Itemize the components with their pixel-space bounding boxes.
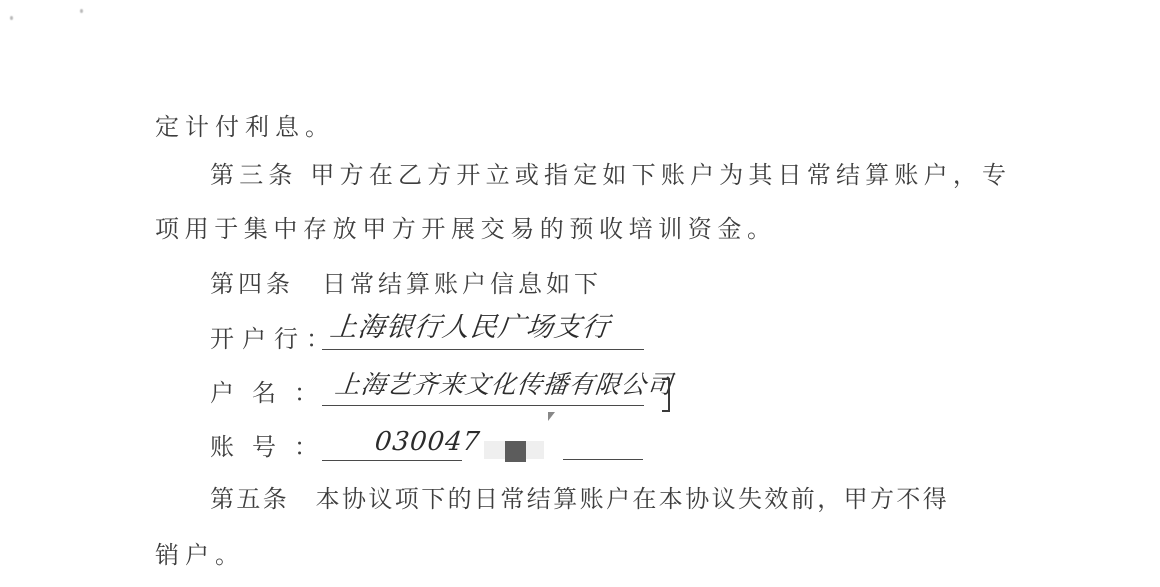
account-name-underline — [322, 405, 644, 406]
account-number-value-handwritten: 030047 — [373, 427, 481, 457]
account-number-label: 账号： — [210, 432, 336, 462]
scan-speck — [80, 9, 83, 13]
clause-3-line-2: 项用于集中存放甲方开展交易的预收培训资金。 — [155, 214, 777, 244]
account-name-value-handwritten: 上海艺齐来文化传播有限公司 — [333, 370, 674, 400]
account-number-redaction-block — [505, 441, 526, 462]
bank-underline — [322, 349, 644, 350]
account-number-underline-right — [563, 459, 643, 460]
text-line-interest: 定计付利息。 — [155, 112, 335, 142]
document-page: 定计付利息。 第三条 甲方在乙方开立或指定如下账户为其日常结算账户，专 项用于集… — [0, 0, 1160, 587]
mouse-cursor-icon — [548, 412, 555, 421]
handwriting-bracket-mark — [662, 378, 670, 412]
account-number-underline-left — [322, 460, 462, 461]
clause-4-heading: 第四条 日常结算账户信息如下 — [210, 269, 602, 299]
clause-3-line-1: 第三条 甲方在乙方开立或指定如下账户为其日常结算账户，专 — [210, 160, 1011, 190]
bank-value-handwritten: 上海银行人民广场支行 — [328, 313, 611, 343]
clause-5-line-2: 销户。 — [155, 540, 245, 570]
clause-5-line-1: 第五条 本协议项下的日常结算账户在本协议失效前，甲方不得 — [210, 484, 949, 514]
account-name-label: 户名： — [210, 378, 336, 408]
bank-label: 开户行： — [210, 324, 338, 354]
scan-speck — [10, 16, 13, 20]
